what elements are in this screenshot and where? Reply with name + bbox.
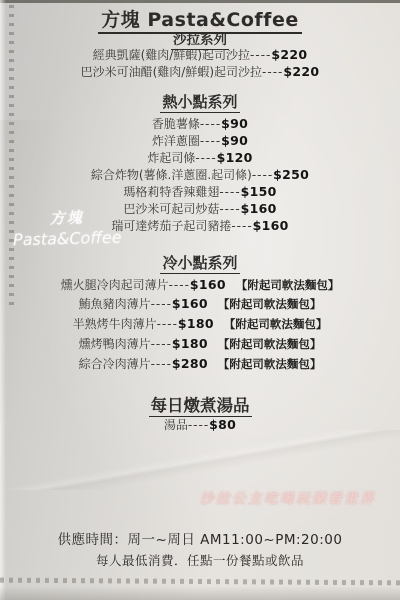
item-name: 炸洋蔥圈: [152, 134, 200, 148]
item-name: 綜合冷肉薄片: [79, 357, 151, 371]
item-name: 湯品: [164, 418, 188, 432]
dash-separator: ----: [151, 357, 172, 371]
menu-item-line: 綜合炸物(薯條.洋蔥圈.起司條)----$250: [0, 166, 400, 183]
dash-separator: ----: [250, 48, 271, 62]
bottom-perforation-dots: [0, 578, 400, 586]
item-name: 炸起司條: [147, 151, 195, 165]
item-name: 燻烤鴨肉薄片: [79, 337, 151, 351]
item-price: $160: [172, 296, 208, 311]
menu-item-line: 綜合冷肉薄片----$280【附起司軟法麵包】: [0, 355, 400, 372]
item-name: 鮪魚豬肉薄片: [79, 297, 151, 311]
dash-separator: ----: [169, 278, 190, 292]
item-note: 【附起司軟法麵包】: [218, 337, 322, 351]
dash-separator: ----: [219, 202, 240, 216]
item-name: 燻火腿冷肉起司薄片: [61, 278, 169, 292]
item-price: $250: [273, 167, 309, 182]
menu-item-line: 燻火腿冷肉起司薄片----$160【附起司軟法麵包】: [0, 276, 400, 293]
menu-item-line: 巴沙米可油醋(雞肉/鮮蝦)起司沙拉----$220: [0, 63, 400, 80]
dash-separator: ----: [219, 185, 240, 199]
item-price: $180: [172, 336, 208, 351]
item-name: 瑞可達烤茄子起司豬捲: [111, 219, 231, 233]
item-price: $220: [283, 64, 319, 79]
item-name: 香脆薯條: [152, 117, 200, 131]
table-edge-strip: [0, 0, 400, 3]
section-header-soup: 每日燉煮湯品: [0, 392, 400, 416]
dash-separator: ----: [231, 219, 252, 233]
section-header-cold: 冷小點系列: [0, 252, 400, 273]
item-price: $150: [241, 184, 277, 199]
dash-separator: ----: [252, 168, 273, 182]
menu-item-line: 半熟烤牛肉薄片----$180【附起司軟法麵包】: [0, 315, 400, 332]
item-name: 瑪格莉特香辣雞翅: [123, 185, 219, 199]
paper-bottom-shadow: [0, 586, 400, 600]
brand-watermark-en: Pasta&Coffee: [8, 227, 126, 249]
item-price: $160: [253, 218, 289, 233]
item-name: 半熟烤牛肉薄片: [73, 317, 157, 331]
brand-watermark-cn: 方塊: [7, 205, 126, 229]
item-note: 【附起司軟法麵包】: [218, 357, 322, 371]
item-price: $180: [178, 316, 214, 331]
item-price: $280: [172, 356, 208, 371]
menu-item-line: 燻烤鴨肉薄片----$180【附起司軟法麵包】: [0, 335, 400, 352]
dash-separator: ----: [200, 117, 221, 131]
menu-item-line: 炸起司條----$120: [0, 149, 400, 166]
dash-separator: ----: [151, 337, 172, 351]
menu-item-line: 瑪格莉特香辣雞翅----$150: [0, 183, 400, 200]
item-note: 【附起司軟法麵包】: [236, 278, 340, 292]
item-price: $120: [217, 150, 253, 165]
menu-page-photo: 方塊 Pasta&Coffee 沙拉系列 經典凱薩(雞肉/鮮蝦)起司沙拉----…: [0, 0, 400, 600]
brand-watermark: 方塊 Pasta&Coffee: [7, 205, 126, 249]
item-price: $90: [221, 133, 248, 148]
blogger-watermark: 沙拉公主吃喝玩樂看世界: [200, 487, 385, 507]
item-price: $80: [209, 417, 236, 432]
section-header-hot: 熱小點系列: [0, 91, 400, 112]
item-note: 【附起司軟法麵包】: [218, 297, 322, 311]
dash-separator: ----: [262, 65, 283, 79]
item-price: $160: [241, 201, 277, 216]
item-price: $220: [271, 47, 307, 62]
menu-item-line: 經典凱薩(雞肉/鮮蝦)起司沙拉----$220: [0, 46, 400, 63]
dash-separator: ----: [195, 151, 216, 165]
menu-item-line: 香脆薯條----$90: [0, 115, 400, 132]
dash-separator: ----: [200, 134, 221, 148]
service-hours: 供應時間：周一~周日 AM11:00~PM:20:00: [0, 528, 400, 548]
section-header-salad: 沙拉系列: [0, 28, 400, 48]
menu-item-line: 鮪魚豬肉薄片----$160【附起司軟法麵包】: [0, 295, 400, 312]
dash-separator: ----: [157, 317, 178, 331]
item-name: 經典凱薩(雞肉/鮮蝦)起司沙拉: [93, 48, 250, 62]
minimum-charge-note: 每人最低消費．任點一份餐點或飲品: [0, 551, 400, 569]
paper-crease: [0, 430, 400, 490]
item-note: 【附起司軟法麵包】: [224, 317, 328, 331]
dash-separator: ----: [188, 418, 209, 432]
item-name: 巴沙米可油醋(雞肉/鮮蝦)起司沙拉: [81, 65, 262, 79]
item-price: $90: [221, 116, 248, 131]
menu-item-line: 炸洋蔥圈----$90: [0, 132, 400, 149]
item-name: 巴沙米可起司炒菇: [123, 202, 219, 216]
menu-item-line: 湯品----$80: [0, 416, 400, 433]
item-price: $160: [190, 277, 226, 292]
item-name: 綜合炸物(薯條.洋蔥圈.起司條): [91, 168, 252, 182]
dash-separator: ----: [151, 297, 172, 311]
